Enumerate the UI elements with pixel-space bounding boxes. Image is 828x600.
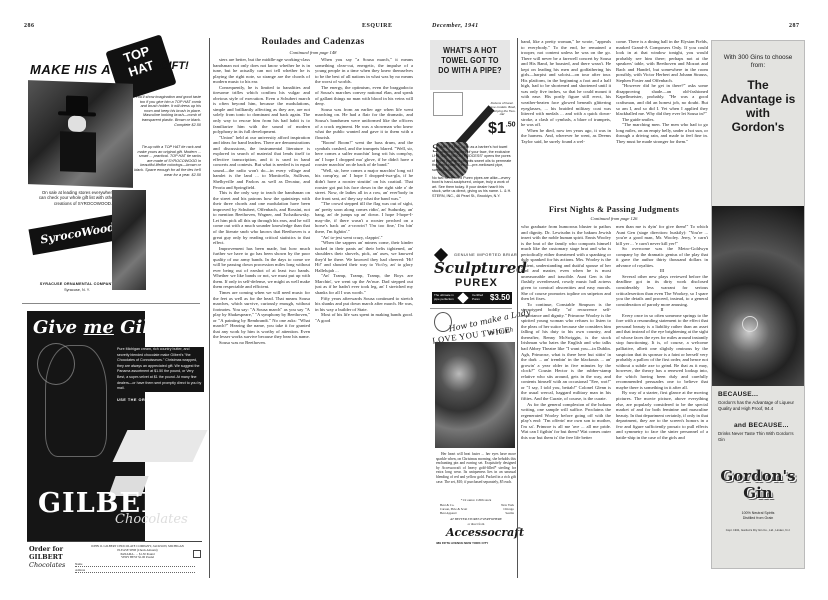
paragraph: "Union" held at our university afford in…: [213, 135, 310, 190]
gordons-because2-text: Drinks Never Taste Thin With Gordon's Gi…: [718, 431, 800, 443]
ad-divider: [22, 303, 200, 304]
paragraph: As for the general complexion of the hok…: [521, 402, 611, 441]
gordons-bottle-photo: [712, 206, 804, 386]
paragraph: To continue, Constable Simpson is the st…: [521, 302, 611, 402]
woman-hair-illustration: [37, 343, 75, 385]
right-page-number: 287: [789, 23, 800, 29]
tie-rack-photo: [112, 190, 146, 290]
paragraph: Sousa was from an earlier age when life …: [315, 107, 413, 140]
gordons-headline: The Advantage is with Gordon's: [712, 70, 804, 134]
paragraph: Several other new plays reviewed before …: [616, 274, 708, 307]
syroco-price-1-label: Complete: [174, 123, 190, 127]
pipe-brand: PUREX: [455, 277, 498, 289]
first-nights-column-2: men than me is dyin' for give them!" To …: [616, 224, 708, 580]
coupon-title: Order for GILBERT Chocolates: [29, 545, 65, 569]
bottle-cap-detail: [742, 316, 758, 332]
pipe-bar-left: The ultimate in pipe perfection: [434, 293, 456, 301]
accesso-footnote: *1/2 ounce 1/20th stock: [436, 498, 516, 502]
pipe-copy-2: No two Sculptured Purex pipes are alike—…: [432, 176, 512, 199]
syroco-copy-1: You'll show imagination and good taste t…: [135, 95, 201, 122]
pipe-bar-price: $3.50: [490, 293, 510, 302]
product-photo-top-hat-holder: [28, 80, 133, 188]
pipe-headline: WHAT'S A HOT TOWEL GOT TO DO WITH A PIPE…: [436, 40, 504, 75]
gilbert-order-coupon[interactable]: Order for GILBERT Chocolates JOHN O. GIL…: [27, 541, 202, 572]
pipe-bar-mid: Certified Purex: [472, 293, 486, 301]
first-nights-title: First Nights & Passing Judgments: [519, 205, 709, 214]
paragraph: "An' Tramp, Tramp, Tramp, the Boys are M…: [315, 273, 413, 295]
gilbert-brand-script: Chocolates: [115, 512, 188, 527]
accesso-copy: Her heart will beat faster ... her eyes …: [436, 452, 516, 484]
figure-face: [68, 116, 86, 133]
syroco-company-name: SYRACUSE ORNAMENTAL COMPANY: [29, 282, 125, 286]
first-nights-subtitle: Continued from page 126: [519, 216, 709, 221]
roulades-column-1: siers are better, but the middle-age wor…: [213, 57, 310, 580]
figure-body: [60, 131, 96, 172]
pipe-price-note: Dozens of hand-some models. Bowl, underl…: [487, 102, 517, 117]
column-rule: [517, 38, 518, 578]
syroco-brand-logo: SyrocoWood: [39, 221, 115, 247]
coupon-name-field[interactable]: Name: [75, 562, 195, 567]
pipe-dropcap: S: [432, 145, 439, 154]
gordons-because1-text: Gordon's has the Advantage of Liqueur Qu…: [718, 400, 800, 412]
paragraph: The energy, the optimism, even the bragg…: [315, 85, 413, 107]
ad-headline-gift: GIFT!: [160, 60, 189, 72]
roulades-column-2: When you say "a Sousa march," it means s…: [315, 57, 413, 580]
jewelry-photo: [435, 342, 515, 448]
paragraph: Sousa was no Beethoven.: [213, 340, 310, 346]
coupon-address-field[interactable]: Address: [75, 568, 195, 573]
coupon-text: JOHN O. GILBERT CHOCOLATE COMPANY, JACKS…: [75, 545, 200, 560]
coupon-name-label: Name: [75, 562, 82, 566]
paragraph: "The crowd stepped till the flag was out…: [315, 201, 413, 234]
gilbert-copy: Pure Michigan cream, rich country butter…: [117, 347, 204, 392]
paragraph: "When the sappers an' miners come, their…: [315, 240, 413, 273]
gordons-spec-1: 100% Neutral Spirits: [712, 511, 804, 515]
column-rule: [209, 38, 210, 578]
paragraph: "Well, sir, here comes a major marchin' …: [315, 168, 413, 201]
roulades-column-3: band, like a pretty woman," he wrote, "a…: [521, 39, 611, 201]
accesso-stores: Best & Co.New York Carson, Pirie & Scott…: [440, 503, 514, 516]
gilbert-headline-give: Give: [33, 317, 77, 338]
ad-accessocraft: How to make a Lady LOVE YOU TWICE as muc…: [430, 312, 515, 577]
store-row: Best ApparelSeattle: [440, 511, 514, 515]
barber-illustration: [433, 92, 463, 116]
paragraph: "Boom! Boom!" went the bass drum, and th…: [315, 140, 413, 168]
roulades-subtitle: Continued from page 148: [212, 50, 414, 55]
syroco-copy-comb-holder: You'll show imagination and good taste t…: [133, 95, 201, 127]
coupon-checkbox[interactable]: [193, 550, 201, 558]
gordons-brand-line2: Gin: [712, 485, 804, 502]
accesso-brand: Accessocraft: [446, 526, 524, 539]
ad-headline-part1: MAKE HIS A: [30, 62, 111, 77]
paragraph: come. There is a dining hall in the Elys…: [616, 39, 708, 83]
paragraph: Most of his life was spent in making ban…: [315, 312, 413, 323]
gilbert-offer-line2: $1 THE POUND: [117, 418, 199, 422]
gordons-brand: Gordon's Gin: [712, 468, 804, 502]
gordons-legal: Copr. 1941, Gordon's Dry Gin Co., Ltd., …: [714, 528, 802, 532]
left-page-number: 286: [24, 23, 35, 29]
paragraph: Every once in so often someone springs t…: [616, 313, 708, 391]
pipe-price-dollar: $1: [488, 120, 506, 137]
ad-gordons-gin: With 300 Gins to choose from: The Advant…: [711, 40, 805, 569]
gordons-intro: With 300 Gins to choose from:: [712, 41, 804, 70]
accesso-everywhere: AT BETTER STORES EVERYWHERE: [436, 517, 516, 521]
paragraph: So overcome was the Metro-Goldwyn compan…: [616, 246, 708, 268]
store-name: Best Apparel: [440, 511, 457, 515]
paragraph: Times are coming when we will need music…: [213, 290, 310, 340]
paragraph: When he died, now ten years ago, it was …: [521, 128, 611, 145]
roulades-title: Roulades and Cadenzas: [212, 37, 414, 47]
paragraph: siers are better, but the middle-age wor…: [213, 57, 310, 85]
paragraph: band, like a pretty woman," he wrote, "a…: [521, 39, 611, 128]
left-running-head: ESQUIRE: [362, 23, 393, 29]
gordons-brand-line1: Gordon's: [712, 468, 804, 485]
syroco-copy-tie-rack: Tie-up with a TOP HAT tie rack and make …: [133, 145, 201, 177]
gordons-because1-head: BECAUSE...: [718, 391, 758, 398]
pipe-price: $1.50: [488, 120, 516, 138]
pipe-headline-box: WHAT'S A HOT TOWEL GOT TO DO WITH A PIPE…: [430, 40, 510, 90]
pipe-price-cents: .50: [506, 122, 516, 129]
syroco-price-1: $2.50: [191, 123, 201, 127]
roulades-column-4: come. There is a dining hall in the Elys…: [616, 39, 708, 201]
pipe-copy: S IMPLY THIS—just as a barber's hot towe…: [432, 145, 512, 199]
right-running-head: December, 1941: [432, 23, 479, 29]
gilbert-cta: USE THE ORDER COUPON BELOW.: [117, 398, 202, 402]
syroco-company-city: Syracuse, N. Y.: [29, 288, 125, 292]
gilbert-headline: Give me Gilbert's: [33, 317, 207, 338]
pipe-tagline: GENUINE IMPORTED BRIAR: [454, 252, 517, 257]
candy-box-photo: [113, 430, 208, 462]
gilbert-headline-gilberts: Gilbert's: [120, 317, 207, 338]
coupon-address-label: Address: [75, 568, 85, 572]
paragraph: Improvement has been made, but how much …: [213, 246, 310, 290]
paragraph: When you say "a Sousa march," it means s…: [315, 57, 413, 85]
first-nights-column-1: who graduate from humorous bluster to pa…: [521, 224, 611, 580]
paragraph: This is the only way to teach the bandsm…: [213, 190, 310, 245]
coupon-title-line1: Order for: [29, 545, 65, 553]
pipe-brand-script: Sculptured: [434, 259, 527, 277]
pipe-copy-1: IMPLY THIS—just as a barber's hot towel …: [432, 145, 511, 172]
accesso-address: 389 FIFTH AVENUE NEW YORK CITY: [436, 541, 506, 545]
syroco-price-2: $2.50: [191, 173, 201, 177]
paragraph: who graduate from humorous bluster to pa…: [521, 224, 611, 302]
lhs-logo-small: [457, 292, 468, 303]
coupon-title-line3: Chocolates: [29, 561, 65, 569]
paragraph: "The marching men. The men who had to go…: [616, 122, 708, 144]
gilbert-offer-line1: VERY BEST ASSORTMENT: [117, 412, 199, 416]
gilbert-headline-me: me: [83, 317, 114, 338]
pipe-bottom-bar: The ultimate in pipe perfection Certifie…: [432, 292, 512, 304]
paragraph: By way of a starter, first glance at the…: [616, 390, 708, 440]
coupon-title-line2: GILBERT: [29, 553, 65, 561]
gordons-spec-2: Distilled from Grain: [712, 516, 804, 520]
store-city: Seattle: [505, 511, 514, 515]
ad-divider: [430, 308, 512, 309]
paragraph: Fifty years afterwards Sousa continued t…: [315, 296, 413, 313]
gordons-because2-head: and BECAUSE...: [734, 422, 789, 429]
paragraph: Consequently, he is limited to banalitie…: [213, 85, 310, 135]
coupon-option-very-best[interactable]: VERY BEST $1.00 Pound: [75, 556, 200, 560]
paragraph: men than me is dyin' for give them!" To …: [616, 224, 708, 246]
paragraph: "However did he get in there?" asks some…: [616, 83, 708, 116]
